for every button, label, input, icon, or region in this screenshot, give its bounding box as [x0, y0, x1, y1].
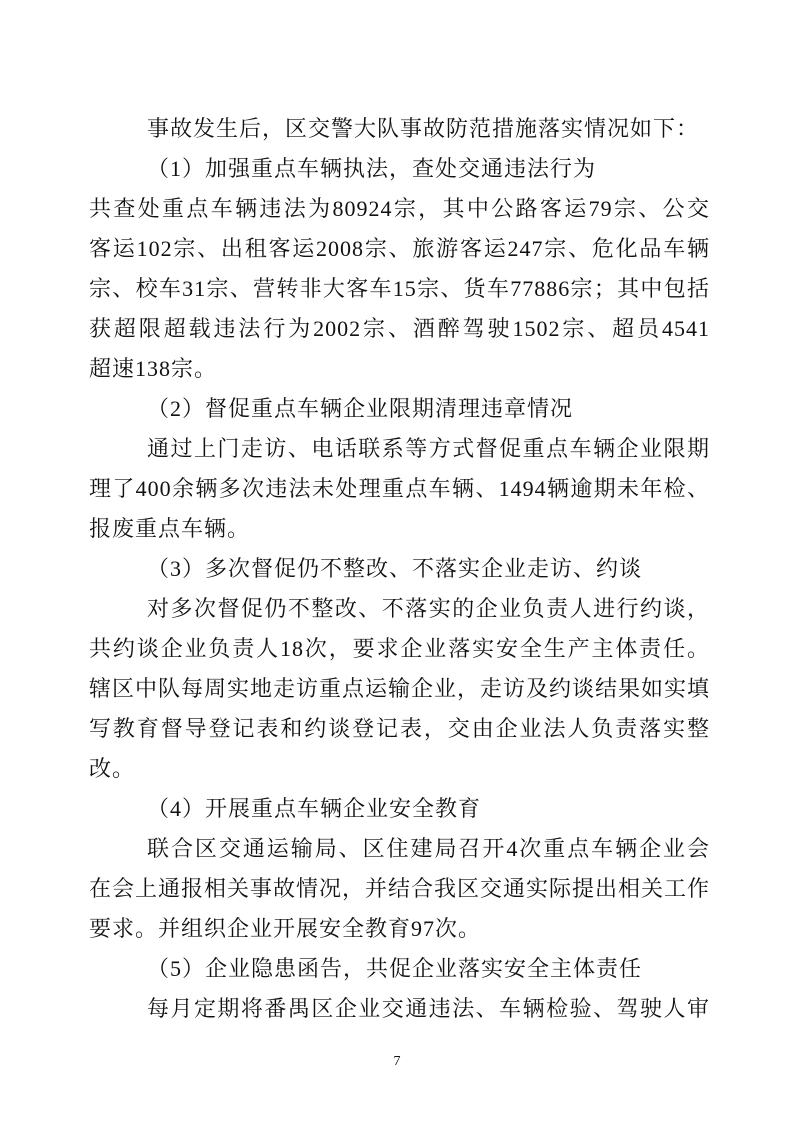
document-content: 事故发生后，区交警大队事故防范措施落实情况如下： （1）加强重点车辆执法，查处交… [89, 109, 710, 1029]
document-line: 改。 [89, 749, 710, 789]
document-line: （5）企业隐患函告，共促企业落实安全主体责任 [89, 949, 710, 989]
document-line: 共约谈企业负责人18次，要求企业落实安全生产主体责任。各 [89, 629, 710, 669]
document-page: 事故发生后，区交警大队事故防范措施落实情况如下： （1）加强重点车辆执法，查处交… [0, 0, 794, 1123]
page-number: 7 [0, 1052, 794, 1072]
document-line: 报废重点车辆。 [89, 509, 710, 549]
document-line: 每月定期将番禺区企业交通违法、车辆检验、驾驶人审验 [89, 989, 710, 1029]
document-line: 在会上通报相关事故情况，并结合我区交通实际提出相关工作 [89, 869, 710, 909]
document-line: 对多次督促仍不整改、不落实的企业负责人进行约谈， [89, 589, 710, 629]
document-line: （3）多次督促仍不整改、不落实企业走访、约谈 [89, 549, 710, 589]
document-line: 客运102宗、出租客运2008宗、旅游客运247宗、危化品车辆556 [89, 229, 710, 269]
document-line: 事故发生后，区交警大队事故防范措施落实情况如下： [89, 109, 710, 149]
document-line: 要求。并组织企业开展安全教育97次。 [89, 909, 710, 949]
document-line: 宗、校车31宗、营转非大客车15宗、货车77886宗；其中包括查 [89, 269, 710, 309]
document-line: 超速138宗。 [89, 349, 710, 389]
document-line: （4）开展重点车辆企业安全教育 [89, 789, 710, 829]
document-line: 共查处重点车辆违法为80924宗，其中公路客运79宗、公交 [89, 189, 710, 229]
document-line: 联合区交通运输局、区住建局召开4次重点车辆企业会议， [89, 829, 710, 869]
document-line: 通过上门走访、电话联系等方式督促重点车辆企业限期清 [89, 429, 710, 469]
document-line: 获超限超载违法行为2002宗、酒醉驾驶1502宗、超员4541宗、 [89, 309, 710, 349]
document-line: （2）督促重点车辆企业限期清理违章情况 [89, 389, 710, 429]
document-line: 写教育督导登记表和约谈登记表，交由企业法人负责落实整 [89, 709, 710, 749]
document-line: 理了400余辆多次违法未处理重点车辆、1494辆逾期未年检、未 [89, 469, 710, 509]
document-line: （1）加强重点车辆执法，查处交通违法行为 [89, 149, 710, 189]
document-line: 辖区中队每周实地走访重点运输企业，走访及约谈结果如实填 [89, 669, 710, 709]
